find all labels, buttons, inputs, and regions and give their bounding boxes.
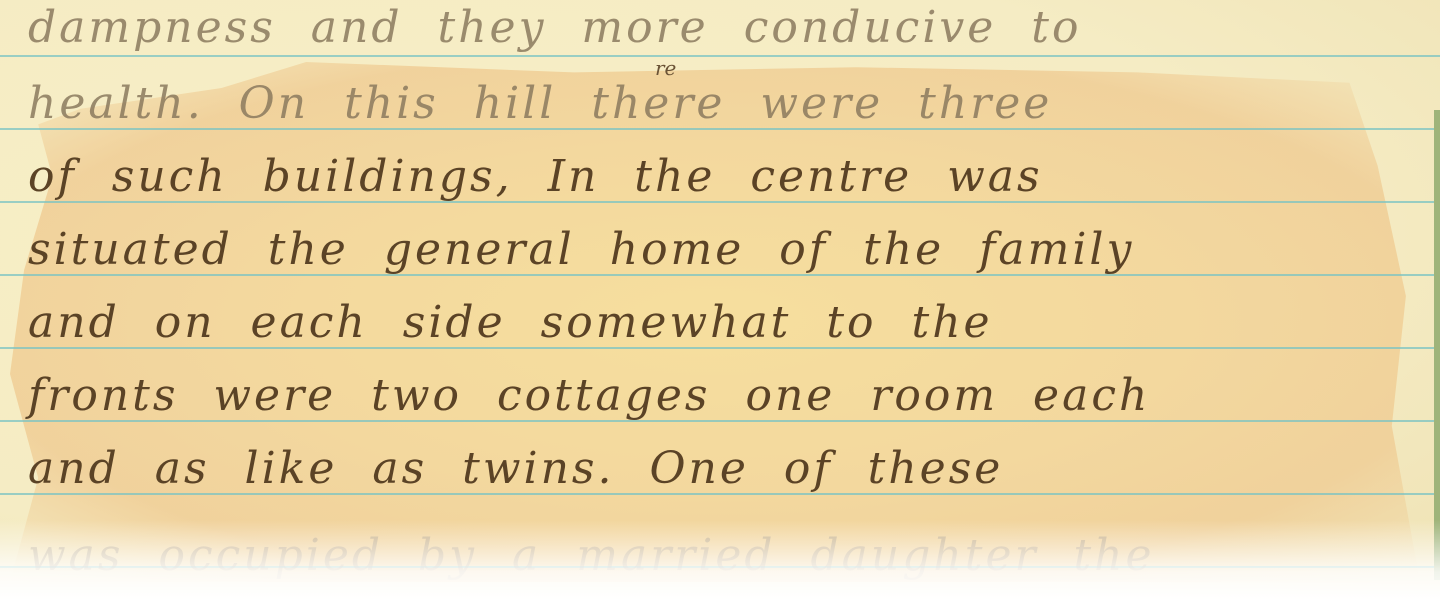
text-line-1: dampness and they more conducive to — [28, 2, 1410, 53]
page-edge — [1434, 110, 1440, 580]
manuscript-page: re dampness and they more conducive to h… — [0, 0, 1440, 600]
text-line-4: situated the general home of the family — [28, 224, 1410, 275]
interlinear-insertion: re — [655, 56, 676, 80]
text-line-5: and on each side somewhat to the — [28, 297, 1410, 348]
ruled-line — [0, 55, 1440, 57]
text-line-2: health. On this hill there were three — [28, 78, 1410, 129]
text-line-6: fronts were two cottages one room each — [28, 370, 1410, 421]
text-line-7: and as like as twins. One of these — [28, 443, 1410, 494]
bottom-fade — [0, 520, 1440, 600]
text-line-3: of such buildings, In the centre was — [28, 151, 1410, 202]
